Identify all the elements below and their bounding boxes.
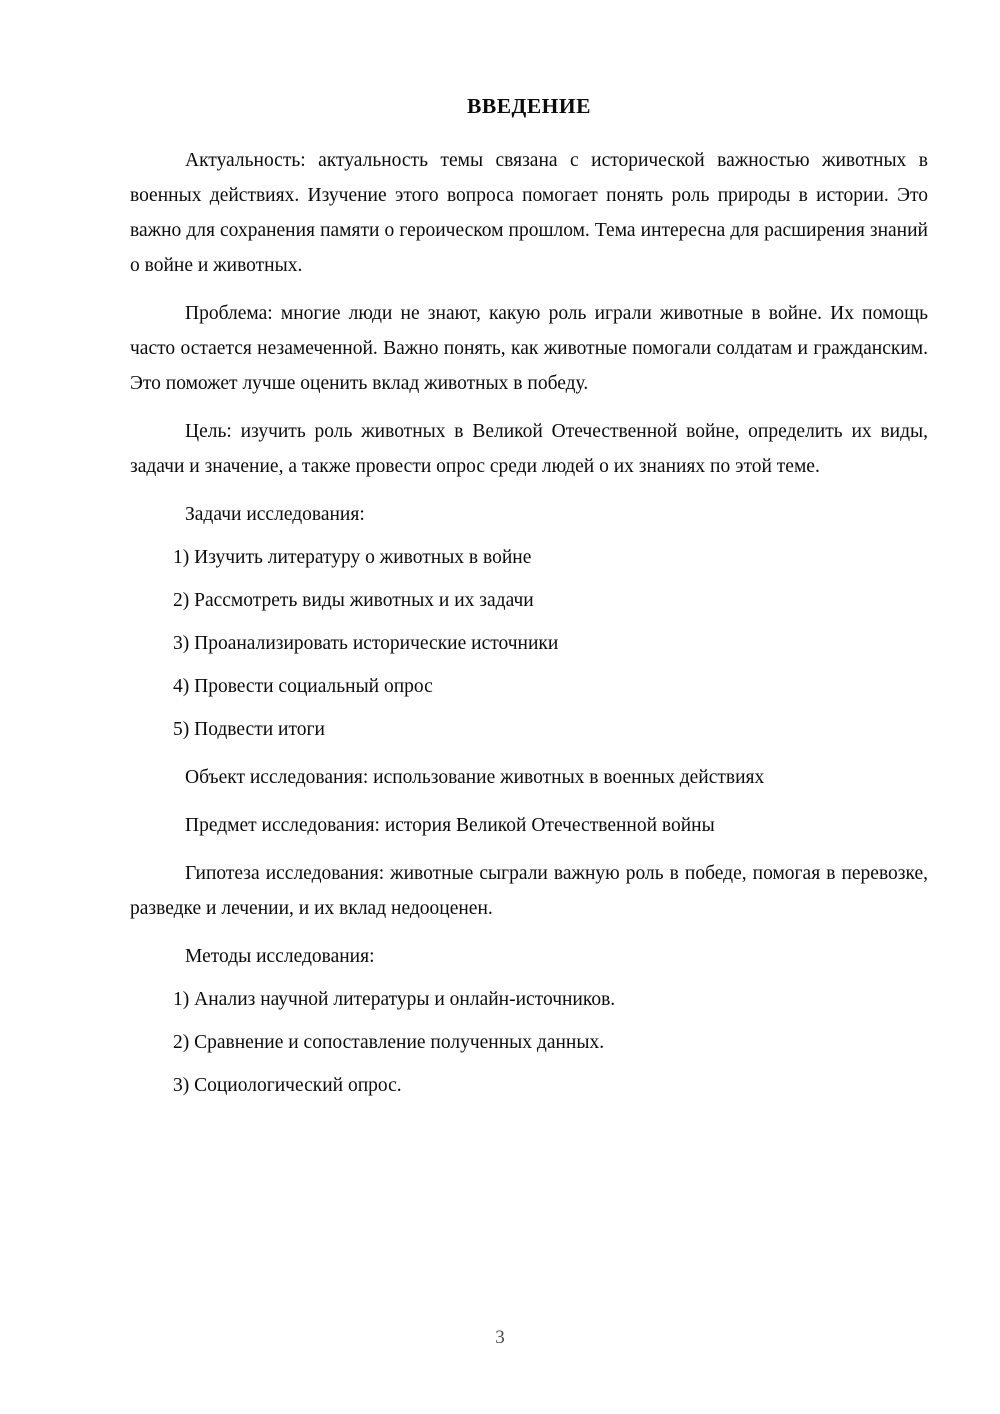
method-list-item-3: 3) Социологический опрос. [130,1068,928,1103]
method-list-item-1: 1) Анализ научной литературы и онлайн-ис… [130,982,928,1017]
paragraph-goal: Цель: изучить роль животных в Великой От… [130,414,928,484]
task-list-item-3: 3) Проанализировать исторические источни… [130,626,928,661]
page-title: ВВЕДЕНИЕ [130,93,928,119]
paragraph-subject: Предмет исследования: история Великой От… [130,808,928,843]
document-page: ВВЕДЕНИЕ Актуальность: актуальность темы… [0,0,1000,1414]
task-list-item-5: 5) Подвести итоги [130,712,928,747]
task-list-item-4: 4) Провести социальный опрос [130,669,928,704]
paragraph-hypothesis: Гипотеза исследования: животные сыграли … [130,856,928,926]
paragraph-problem: Проблема: многие люди не знают, какую ро… [130,296,928,401]
document-content: ВВЕДЕНИЕ Актуальность: актуальность темы… [130,0,928,1103]
paragraph-methods-heading: Методы исследования: [130,939,928,974]
paragraph-relevance: Актуальность: актуальность темы связана … [130,143,928,283]
method-list-item-2: 2) Сравнение и сопоставление полученных … [130,1025,928,1060]
paragraph-tasks-heading: Задачи исследования: [130,497,928,532]
task-list-item-2: 2) Рассмотреть виды животных и их задачи [130,583,928,618]
page-number: 3 [0,1326,1000,1350]
task-list-item-1: 1) Изучить литературу о животных в войне [130,540,928,575]
paragraph-object: Объект исследования: использование живот… [130,760,928,795]
